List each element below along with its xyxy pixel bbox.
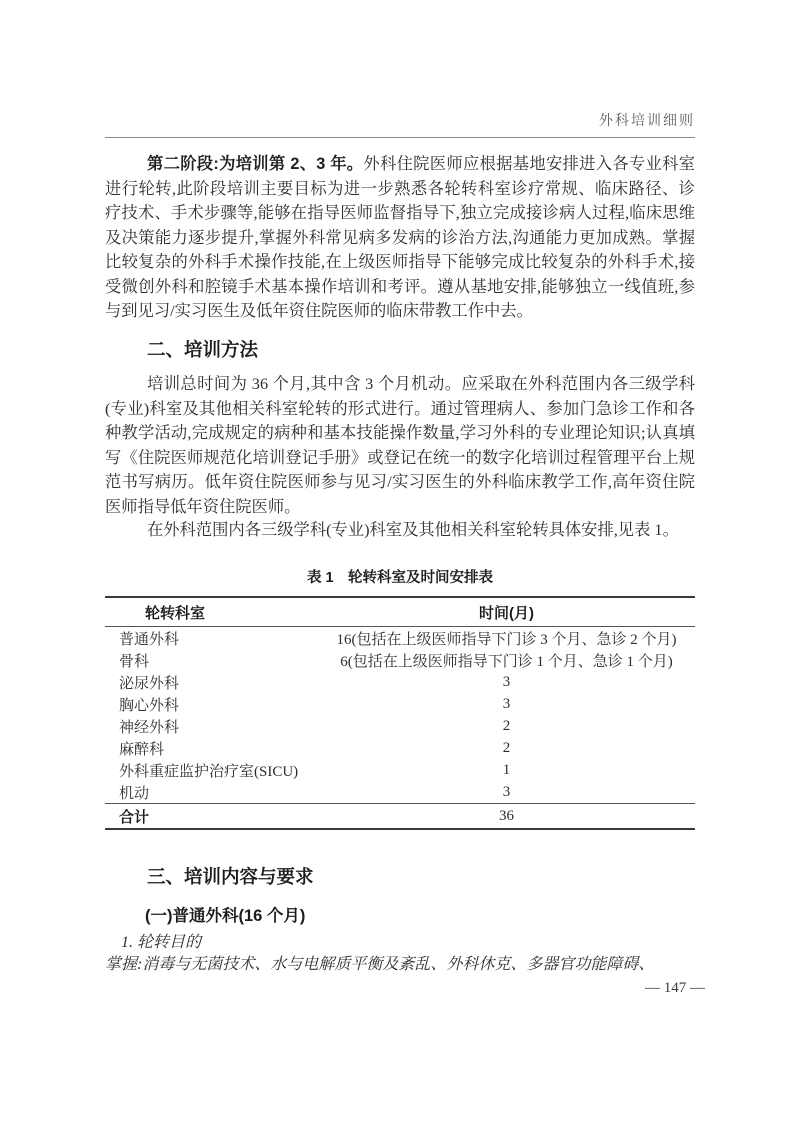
- department-cell: 胸心外科: [105, 693, 318, 715]
- rotation-schedule-table: 轮转科室 时间(月) 普通外科 16(包括在上级医师指导下门诊 3 个月、急诊 …: [105, 596, 695, 830]
- table-row: 麻醉科 2: [105, 737, 695, 759]
- department-cell: 麻醉科: [105, 737, 318, 759]
- duration-cell: 6(包括在上级医师指导下门诊 1 个月、急诊 1 个月): [318, 649, 695, 671]
- duration-cell: 3: [318, 781, 695, 804]
- department-cell: 泌尿外科: [105, 671, 318, 693]
- department-cell: 外科重症监护治疗室(SICU): [105, 759, 318, 781]
- section-heading-method: 二、培训方法: [105, 337, 695, 363]
- total-value-cell: 36: [318, 804, 695, 830]
- department-cell: 机动: [105, 781, 318, 804]
- stage2-paragraph: 第二阶段:为培训第 2、3 年。外科住院医师应根据基地安排进入各专业科室进行轮转…: [105, 152, 695, 324]
- duration-cell: 1: [318, 759, 695, 781]
- duration-cell: 16(包括在上级医师指导下门诊 3 个月、急诊 2 个月): [318, 627, 695, 650]
- table-row: 机动 3: [105, 781, 695, 804]
- item-body-mastery-line: 掌握:消毒与无菌技术、水与电解质平衡及紊乱、外科休克、多器官功能障碍、: [105, 953, 695, 977]
- running-header-title: 外科培训细则: [105, 110, 695, 130]
- table-header-row: 轮转科室 时间(月): [105, 597, 695, 627]
- table-total-row: 合计 36: [105, 804, 695, 830]
- section-heading-content: 三、培训内容与要求: [105, 864, 695, 890]
- duration-cell: 3: [318, 693, 695, 715]
- duration-cell: 2: [318, 715, 695, 737]
- table-row: 胸心外科 3: [105, 693, 695, 715]
- table-row: 泌尿外科 3: [105, 671, 695, 693]
- table-row: 普通外科 16(包括在上级医师指导下门诊 3 个月、急诊 2 个月): [105, 627, 695, 650]
- page-number: — 147 —: [105, 976, 705, 1000]
- table-row: 外科重症监护治疗室(SICU) 1: [105, 759, 695, 781]
- duration-cell: 2: [318, 737, 695, 759]
- stage2-body-text: 外科住院医师应根据基地安排进入各专业科室进行轮转,此阶段培训主要目标为进一步熟悉…: [105, 154, 695, 320]
- table-caption: 表 1 轮转科室及时间安排表: [105, 566, 695, 590]
- item-heading-rotation-purpose: 1. 轮转目的: [105, 931, 695, 955]
- document-page: 外科培训细则 第二阶段:为培训第 2、3 年。外科住院医师应根据基地安排进入各专…: [0, 0, 800, 1131]
- method-paragraph: 培训总时间为 36 个月,其中含 3 个月机动。应采取在外科范围内各三级学科(专…: [105, 372, 695, 519]
- table-row: 神经外科 2: [105, 715, 695, 737]
- table-row: 骨科 6(包括在上级医师指导下门诊 1 个月、急诊 1 个月): [105, 649, 695, 671]
- department-cell: 普通外科: [105, 627, 318, 650]
- header-rule: [105, 137, 695, 138]
- method-paragraph-2: 在外科范围内各三级学科(专业)科室及其他相关科室轮转具体安排,见表 1。: [105, 518, 695, 543]
- column-header-duration: 时间(月): [318, 597, 695, 627]
- total-label-cell: 合计: [105, 804, 318, 830]
- department-cell: 神经外科: [105, 715, 318, 737]
- department-cell: 骨科: [105, 649, 318, 671]
- duration-cell: 3: [318, 671, 695, 693]
- column-header-department: 轮转科室: [105, 597, 318, 627]
- subsection-heading-general-surgery: (一)普通外科(16 个月): [105, 904, 695, 928]
- stage2-lead-text: 第二阶段:为培训第 2、3 年。: [147, 155, 363, 173]
